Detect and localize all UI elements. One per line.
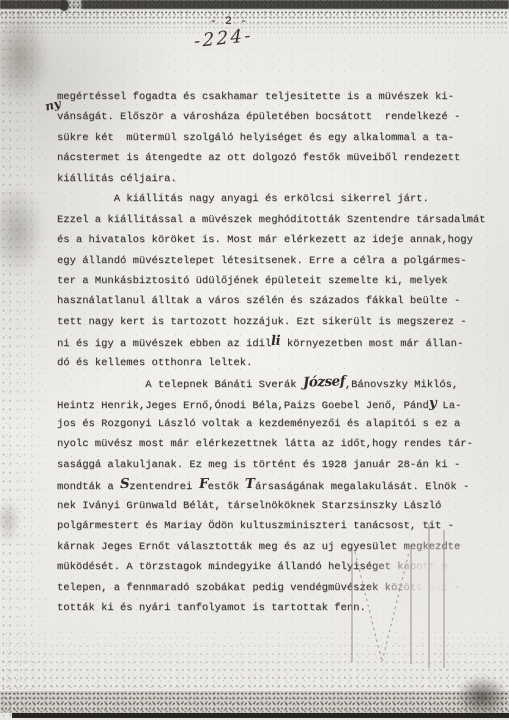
typed-text: kiállitás céljaira.: [57, 173, 177, 185]
typed-text: ter a Munkásbiztositó üdülőjének épülete…: [57, 275, 448, 287]
page-number-handwritten: -224-: [194, 25, 253, 52]
typed-text: estők: [208, 481, 246, 493]
handwritten-text: József: [302, 371, 345, 393]
typed-text: és a hivatalos köröket is. Most már elér…: [57, 234, 473, 246]
text-line: dó és kellemes otthonra leltek.: [57, 353, 503, 373]
scan-smudge-corner: [456, 676, 508, 718]
text-line: A telepnek Bánáti Sverák József,Bánovszk…: [57, 373, 503, 393]
handwritten-text: li: [271, 331, 281, 352]
typed-text: Heintz Henrik,Jeges Ernő,Ónodi Béla,Paiz…: [57, 400, 429, 412]
typed-text: tett nagy kert is tartozott hozzájuk. Ez…: [57, 316, 467, 328]
handwritten-text: T: [245, 474, 255, 495]
handwritten-text: F: [198, 474, 208, 495]
text-line: és a hivatalos köröket is. Most már elér…: [57, 230, 503, 250]
text-line: ter a Munkásbiztositó üdülőjének épülete…: [57, 271, 503, 291]
typed-text: A telepnek Bánáti Sverák: [57, 379, 303, 391]
scan-smudge: [0, 8, 48, 104]
typed-text: dó és kellemes otthonra leltek.: [57, 357, 252, 369]
typed-text: sasággá alakuljanak. Ez meg is történt é…: [57, 459, 460, 471]
text-line: egy állandó müvésztelepet létesitsenek. …: [57, 251, 503, 271]
text-line: használatlanul álltak a város szélén és …: [57, 291, 503, 311]
typed-text: egy állandó müvésztelepet létesitsenek. …: [57, 255, 467, 267]
typed-text: A kiállitás nagy anyagi és erkölcsi sike…: [57, 193, 429, 205]
text-line: vánságát. Először a városháza épületében…: [57, 107, 503, 127]
text-line: A kiállitás nagy anyagi és erkölcsi sike…: [57, 189, 503, 209]
scan-smudge: [0, 498, 20, 544]
text-line: tett nagy kert is tartozott hozzájuk. Ez…: [57, 312, 503, 332]
text-line: megértéssel fogadta és csakhamar teljesi…: [57, 87, 503, 107]
typed-text: megértéssel fogadta és csakhamar teljesi…: [57, 91, 454, 103]
handwritten-text: y: [428, 392, 436, 413]
text-line: Heintz Henrik,Jeges Ernő,Ónodi Béla,Paiz…: [57, 394, 503, 414]
typed-text: ársaságának megalakulását. Elnök -: [255, 481, 469, 493]
typed-text: La-: [436, 400, 461, 412]
scan-edge-bottom-band: [0, 691, 509, 713]
typed-text: jos és Rozgonyi László voltak a kezdemén…: [57, 418, 460, 430]
text-line: sükre két mütermül szolgáló helyiséget é…: [57, 128, 503, 148]
typed-text: sükre két mütermül szolgáló helyiséget é…: [57, 132, 454, 144]
typed-text: tották ki és nyári tanfolyamot is tartot…: [57, 602, 366, 614]
scan-smudge: [0, 185, 44, 277]
typed-text: zentendrei: [129, 481, 198, 493]
text-line: sasággá alakuljanak. Ez meg is történt é…: [57, 455, 503, 475]
scan-edge-top-speckle: [0, 0, 509, 38]
typed-text: mondták a: [57, 481, 120, 493]
scan-edge-top: [0, 0, 509, 9]
typed-text: ni és igy a müvészek ebben az idil: [57, 338, 271, 350]
text-line: nácstermet is átengedte az ott dolgozó f…: [57, 148, 503, 168]
typed-text: használatlanul álltak a város szélén és …: [57, 295, 460, 307]
typed-text: nácstermet is átengedte az ott dolgozó f…: [57, 152, 460, 164]
text-line: ni és igy a müvészek ebben az idilli kör…: [57, 332, 503, 352]
scan-artifact-mark: [59, 0, 71, 12]
typed-text: vánságát. Először a városháza épületében…: [57, 111, 460, 123]
handwritten-text: S: [120, 474, 130, 495]
typed-text: környezetben most már állan-: [281, 338, 464, 350]
watermark-mi-letters: [325, 510, 480, 678]
typed-text: Ezzel a kiállitással a müvészek meghódit…: [57, 214, 485, 226]
text-line: mondták a Szentendrei Festők Társaságána…: [57, 475, 503, 495]
text-line: Ezzel a kiállitással a müvészek meghódit…: [57, 210, 503, 230]
typed-text: ,Bánovszky Miklós,: [345, 379, 458, 391]
scan-edge-left-noise: [0, 0, 52, 720]
typed-text: nyolc müvész most már elérkezettnek látt…: [57, 438, 473, 450]
text-line: nyolc müvész most már elérkezettnek látt…: [57, 434, 503, 454]
text-line: jos és Rozgonyi László voltak a kezdemén…: [57, 414, 503, 434]
text-line: kiállitás céljaira.: [57, 169, 503, 189]
scan-edge-bottom-line: [12, 713, 509, 718]
scanned-document-page: - 2 - -224- ny megértéssel fogadta és cs…: [0, 0, 509, 720]
